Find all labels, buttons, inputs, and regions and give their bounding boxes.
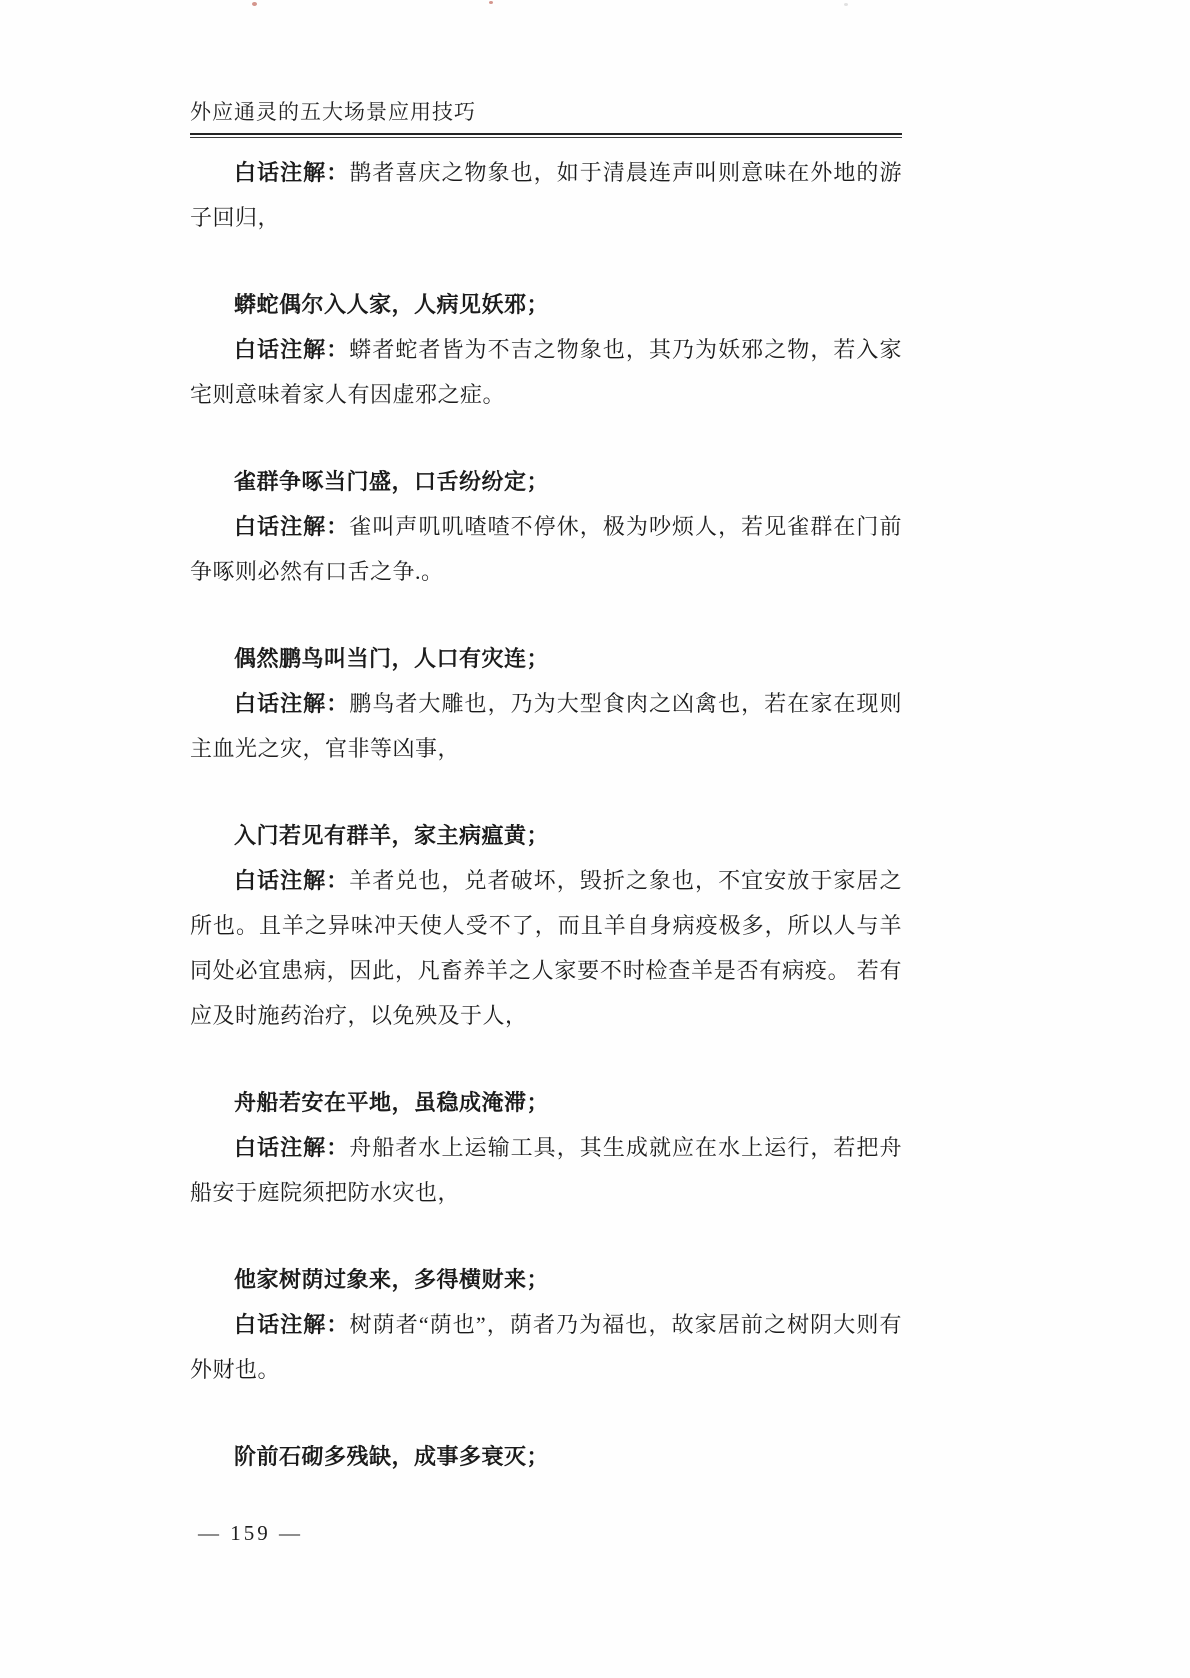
running-header: 外应通灵的五大场景应用技巧 (190, 100, 902, 138)
annotation-paragraph: 白话注解：鹊者喜庆之物象也，如于清晨连声叫则意味在外地的游子回归， (190, 150, 902, 240)
annotation-label: 白话注解： (234, 514, 349, 539)
scan-speck (489, 1, 493, 4)
section-heading: 阶前石砌多残缺，成事多衰灭； (190, 1434, 902, 1479)
page-content: 白话注解：鹊者喜庆之物象也，如于清晨连声叫则意味在外地的游子回归， 蟒蛇偶尔入人… (190, 150, 902, 1479)
book-page: 外应通灵的五大场景应用技巧 白话注解：鹊者喜庆之物象也，如于清晨连声叫则意味在外… (0, 0, 1190, 1678)
section-heading: 偶然鹏鸟叫当门，人口有灾连； (190, 636, 902, 681)
section: 白话注解：鹊者喜庆之物象也，如于清晨连声叫则意味在外地的游子回归， (190, 150, 902, 240)
annotation-paragraph: 白话注解：蟒者蛇者皆为不吉之物象也，其乃为妖邪之物，若入家宅则意味着家人有因虚邪… (190, 327, 902, 417)
book-title: 外应通灵的五大场景应用技巧 (190, 100, 902, 124)
section: 偶然鹏鸟叫当门，人口有灾连； 白话注解：鹏鸟者大雕也，乃为大型食肉之凶禽也，若在… (190, 636, 902, 771)
section-heading: 舟船若安在平地，虽稳成淹滞； (190, 1080, 902, 1125)
section: 入门若见有群羊，家主病瘟黄； 白话注解：羊者兑也，兑者破坏，毁折之象也，不宜安放… (190, 813, 902, 1038)
section-heading: 蟒蛇偶尔入人家，人病见妖邪； (190, 282, 902, 327)
section-heading: 入门若见有群羊，家主病瘟黄； (190, 813, 902, 858)
annotation-label: 白话注解： (234, 160, 349, 185)
section: 舟船若安在平地，虽稳成淹滞； 白话注解：舟船者水上运输工具，其生成就应在水上运行… (190, 1080, 902, 1215)
section-heading: 雀群争啄当门盛，口舌纷纷定； (190, 459, 902, 504)
annotation-label: 白话注解： (234, 1312, 350, 1337)
section-heading: 他家树荫过象来，多得横财来； (190, 1257, 902, 1302)
section: 雀群争啄当门盛，口舌纷纷定； 白话注解：雀叫声叽叽喳喳不停休，极为吵烦人，若见雀… (190, 459, 902, 594)
annotation-paragraph: 白话注解：雀叫声叽叽喳喳不停休，极为吵烦人，若见雀群在门前争啄则必然有口舌之争.… (190, 504, 902, 594)
annotation-label: 白话注解： (234, 691, 349, 716)
section: 阶前石砌多残缺，成事多衰灭； (190, 1434, 902, 1479)
annotation-paragraph: 白话注解：羊者兑也，兑者破坏，毁折之象也，不宜安放于家居之所也。且羊之异味冲天使… (190, 858, 902, 1038)
annotation-label: 白话注解： (234, 337, 349, 362)
annotation-label: 白话注解： (234, 868, 349, 893)
scan-speck (844, 3, 848, 6)
scan-speck (252, 2, 257, 6)
page-number: — 159 — (198, 1521, 303, 1546)
header-rule (190, 133, 902, 138)
annotation-paragraph: 白话注解：鹏鸟者大雕也，乃为大型食肉之凶禽也，若在家在现则主血光之灾，官非等凶事… (190, 681, 902, 771)
section: 他家树荫过象来，多得横财来； 白话注解：树荫者“荫也”，荫者乃为福也，故家居前之… (190, 1257, 902, 1392)
section: 蟒蛇偶尔入人家，人病见妖邪； 白话注解：蟒者蛇者皆为不吉之物象也，其乃为妖邪之物… (190, 282, 902, 417)
annotation-paragraph: 白话注解：树荫者“荫也”，荫者乃为福也，故家居前之树阴大则有外财也。 (190, 1302, 902, 1392)
annotation-label: 白话注解： (234, 1135, 349, 1160)
annotation-paragraph: 白话注解：舟船者水上运输工具，其生成就应在水上运行，若把舟船安于庭院须把防水灾也… (190, 1125, 902, 1215)
